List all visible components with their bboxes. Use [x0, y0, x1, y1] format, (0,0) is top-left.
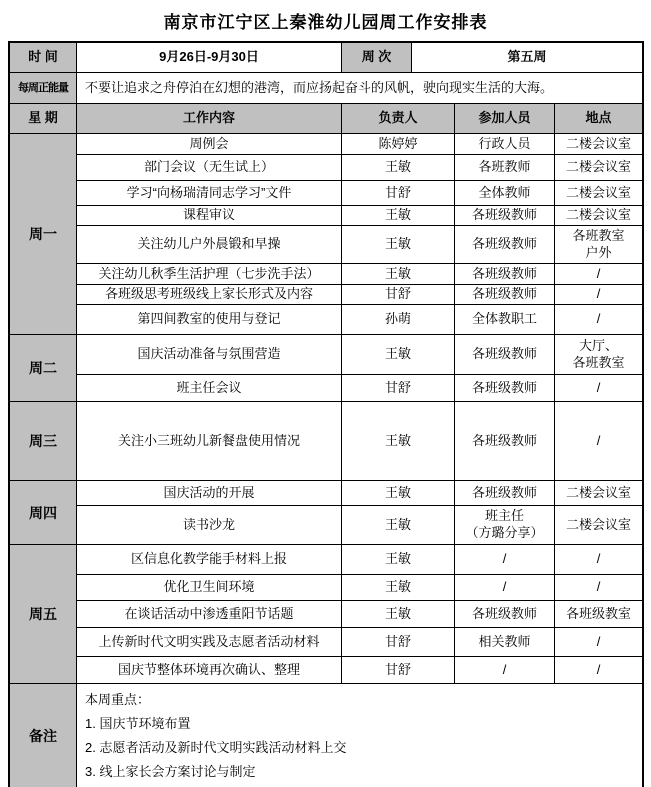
- task-owner-cell: 甘舒: [342, 628, 455, 656]
- task-participants-cell: /: [455, 657, 555, 683]
- task-row: 国庆节整体环境再次确认、整理 甘舒 / /: [77, 657, 642, 683]
- day-label: 周五: [10, 545, 77, 683]
- task-row: 部门会议（无生试上） 王敏 各班教师 二楼会议室: [77, 155, 642, 181]
- task-owner-cell: 王敏: [342, 335, 455, 374]
- task-row: 优化卫生间环境 王敏 / /: [77, 575, 642, 601]
- task-owner-cell: 王敏: [342, 601, 455, 627]
- task-content-cell: 课程审议: [77, 206, 342, 225]
- task-participants-cell: 各班级教师: [455, 335, 555, 374]
- energy-text: 不要让追求之舟停泊在幻想的港湾，而应扬起奋斗的风帆，驶向现实生活的大海。: [77, 73, 642, 103]
- task-owner-cell: 甘舒: [342, 285, 455, 304]
- energy-label: 每周正能量: [10, 73, 77, 103]
- task-participants-cell: 各班教师: [455, 155, 555, 180]
- task-row: 周例会 陈婷婷 行政人员 二楼会议室: [77, 134, 642, 155]
- task-content-cell: 国庆活动准备与氛围营造: [77, 335, 342, 374]
- task-row: 上传新时代文明实践及志愿者活动材料 甘舒 相关教师 /: [77, 628, 642, 657]
- week-label: 周 次: [342, 43, 412, 72]
- task-content-cell: 优化卫生间环境: [77, 575, 342, 600]
- header-content: 工作内容: [77, 104, 342, 133]
- task-participants-cell: 相关教师: [455, 628, 555, 656]
- time-value: 9月26日-9月30日: [77, 43, 342, 72]
- task-content-cell: 国庆节整体环境再次确认、整理: [77, 657, 342, 683]
- document-page: 南京市江宁区上秦淮幼儿园周工作安排表 时 间 9月26日-9月30日 周 次 第…: [0, 0, 651, 787]
- day-rows: 国庆活动的开展 王敏 各班级教师 二楼会议室 读书沙龙 王敏 班主任 （方璐分享…: [77, 481, 642, 544]
- header-location: 地点: [555, 104, 642, 133]
- task-participants-cell: 全体教职工: [455, 305, 555, 334]
- task-row: 读书沙龙 王敏 班主任 （方璐分享） 二楼会议室: [77, 506, 642, 544]
- task-participants-cell: 班主任 （方璐分享）: [455, 506, 555, 544]
- task-participants-cell: /: [455, 575, 555, 600]
- day-section-tuesday: 周二 国庆活动准备与氛围营造 王敏 各班级教师 大厅、 各班教室 班主任会议 甘…: [10, 335, 642, 402]
- task-content-cell: 上传新时代文明实践及志愿者活动材料: [77, 628, 342, 656]
- task-participants-cell: 各班级教师: [455, 226, 555, 263]
- task-participants-cell: 各班级教师: [455, 601, 555, 627]
- note-line: 1. 国庆节环境布置: [85, 715, 634, 733]
- task-location-cell: /: [555, 628, 642, 656]
- task-content-cell: 区信息化教学能手材料上报: [77, 545, 342, 574]
- task-owner-cell: 王敏: [342, 575, 455, 600]
- task-content-cell: 周例会: [77, 134, 342, 154]
- day-rows: 周例会 陈婷婷 行政人员 二楼会议室 部门会议（无生试上） 王敏 各班教师 二楼…: [77, 134, 642, 334]
- notes-body: 本周重点： 1. 国庆节环境布置 2. 志愿者活动及新时代文明实践活动材料上交 …: [77, 684, 642, 787]
- schedule-table: 时 间 9月26日-9月30日 周 次 第五周 每周正能量 不要让追求之舟停泊在…: [8, 41, 644, 787]
- task-participants-cell: /: [455, 545, 555, 574]
- task-location-cell: /: [555, 264, 642, 284]
- task-content-cell: 关注幼儿户外晨锻和早操: [77, 226, 342, 263]
- task-participants-cell: 各班级教师: [455, 206, 555, 225]
- task-location-cell: 二楼会议室: [555, 206, 642, 225]
- column-header-row: 星 期 工作内容 负责人 参加人员 地点: [10, 104, 642, 134]
- task-location-cell: 二楼会议室: [555, 155, 642, 180]
- task-owner-cell: 王敏: [342, 545, 455, 574]
- day-label: 周一: [10, 134, 77, 334]
- day-rows: 区信息化教学能手材料上报 王敏 / / 优化卫生间环境 王敏 / / 在谈话活动…: [77, 545, 642, 683]
- task-content-cell: 关注小三班幼儿新餐盘使用情况: [77, 402, 342, 480]
- task-content-cell: 班主任会议: [77, 375, 342, 401]
- task-location-cell: 大厅、 各班教室: [555, 335, 642, 374]
- task-content-cell: 学习“向杨瑞清同志学习”文件: [77, 181, 342, 205]
- day-label: 周二: [10, 335, 77, 401]
- task-owner-cell: 王敏: [342, 402, 455, 480]
- task-content-cell: 关注幼儿秋季生活护理（七步洗手法）: [77, 264, 342, 284]
- task-location-cell: /: [555, 285, 642, 304]
- task-location-cell: /: [555, 305, 642, 334]
- task-location-cell: 二楼会议室: [555, 481, 642, 505]
- header-day: 星 期: [10, 104, 77, 133]
- task-location-cell: /: [555, 375, 642, 401]
- task-owner-cell: 王敏: [342, 226, 455, 263]
- day-rows: 国庆活动准备与氛围营造 王敏 各班级教师 大厅、 各班教室 班主任会议 甘舒 各…: [77, 335, 642, 401]
- task-owner-cell: 王敏: [342, 506, 455, 544]
- note-line: 2. 志愿者活动及新时代文明实践活动材料上交: [85, 739, 634, 757]
- task-participants-cell: 行政人员: [455, 134, 555, 154]
- day-section-thursday: 周四 国庆活动的开展 王敏 各班级教师 二楼会议室 读书沙龙 王敏 班主任 （方…: [10, 481, 642, 545]
- task-owner-cell: 王敏: [342, 206, 455, 225]
- meta-row: 时 间 9月26日-9月30日 周 次 第五周: [10, 43, 642, 73]
- day-section-monday: 周一 周例会 陈婷婷 行政人员 二楼会议室 部门会议（无生试上） 王敏 各班教师…: [10, 134, 642, 335]
- task-location-cell: /: [555, 545, 642, 574]
- day-section-wednesday: 周三 关注小三班幼儿新餐盘使用情况 王敏 各班级教师 /: [10, 402, 642, 481]
- task-participants-cell: 各班级教师: [455, 264, 555, 284]
- task-participants-cell: 全体教师: [455, 181, 555, 205]
- note-line: 3. 线上家长会方案讨论与制定: [85, 763, 634, 781]
- task-participants-cell: 各班级教师: [455, 375, 555, 401]
- energy-row: 每周正能量 不要让追求之舟停泊在幻想的港湾，而应扬起奋斗的风帆，驶向现实生活的大…: [10, 73, 642, 104]
- day-label: 周四: [10, 481, 77, 544]
- task-content-cell: 在谈话活动中渗透重阳节话题: [77, 601, 342, 627]
- task-row: 班主任会议 甘舒 各班级教师 /: [77, 375, 642, 401]
- notes-label: 备注: [10, 684, 77, 787]
- task-owner-cell: 甘舒: [342, 657, 455, 683]
- task-owner-cell: 孙萌: [342, 305, 455, 334]
- task-owner-cell: 王敏: [342, 481, 455, 505]
- task-row: 课程审议 王敏 各班级教师 二楼会议室: [77, 206, 642, 226]
- task-participants-cell: 各班级教师: [455, 481, 555, 505]
- task-content-cell: 国庆活动的开展: [77, 481, 342, 505]
- task-row: 国庆活动的开展 王敏 各班级教师 二楼会议室: [77, 481, 642, 506]
- task-owner-cell: 甘舒: [342, 181, 455, 205]
- time-label: 时 间: [10, 43, 77, 72]
- header-owner: 负责人: [342, 104, 455, 133]
- day-rows: 关注小三班幼儿新餐盘使用情况 王敏 各班级教师 /: [77, 402, 642, 480]
- task-row: 在谈话活动中渗透重阳节话题 王敏 各班级教师 各班级教室: [77, 601, 642, 628]
- task-row: 国庆活动准备与氛围营造 王敏 各班级教师 大厅、 各班教室: [77, 335, 642, 375]
- task-location-cell: /: [555, 657, 642, 683]
- task-row: 关注小三班幼儿新餐盘使用情况 王敏 各班级教师 /: [77, 402, 642, 480]
- task-owner-cell: 王敏: [342, 155, 455, 180]
- task-location-cell: 二楼会议室: [555, 506, 642, 544]
- task-location-cell: 各班级教室: [555, 601, 642, 627]
- task-participants-cell: 各班级教师: [455, 402, 555, 480]
- task-location-cell: /: [555, 575, 642, 600]
- task-row: 关注幼儿户外晨锻和早操 王敏 各班级教师 各班教室 户外: [77, 226, 642, 264]
- day-section-friday: 周五 区信息化教学能手材料上报 王敏 / / 优化卫生间环境 王敏 / / 在谈…: [10, 545, 642, 684]
- day-label: 周三: [10, 402, 77, 480]
- notes-section: 备注 本周重点： 1. 国庆节环境布置 2. 志愿者活动及新时代文明实践活动材料…: [10, 684, 642, 787]
- task-location-cell: 二楼会议室: [555, 181, 642, 205]
- header-participants: 参加人员: [455, 104, 555, 133]
- task-content-cell: 部门会议（无生试上）: [77, 155, 342, 180]
- task-row: 各班级思考班级线上家长形式及内容 甘舒 各班级教师 /: [77, 285, 642, 305]
- task-participants-cell: 各班级教师: [455, 285, 555, 304]
- task-location-cell: /: [555, 402, 642, 480]
- task-row: 第四间教室的使用与登记 孙萌 全体教职工 /: [77, 305, 642, 334]
- note-line: 本周重点：: [85, 691, 634, 709]
- task-owner-cell: 陈婷婷: [342, 134, 455, 154]
- task-location-cell: 各班教室 户外: [555, 226, 642, 263]
- task-row: 关注幼儿秋季生活护理（七步洗手法） 王敏 各班级教师 /: [77, 264, 642, 285]
- task-owner-cell: 王敏: [342, 264, 455, 284]
- task-row: 区信息化教学能手材料上报 王敏 / /: [77, 545, 642, 575]
- task-content-cell: 读书沙龙: [77, 506, 342, 544]
- task-row: 学习“向杨瑞清同志学习”文件 甘舒 全体教师 二楼会议室: [77, 181, 642, 206]
- task-content-cell: 各班级思考班级线上家长形式及内容: [77, 285, 342, 304]
- task-location-cell: 二楼会议室: [555, 134, 642, 154]
- task-owner-cell: 甘舒: [342, 375, 455, 401]
- page-title: 南京市江宁区上秦淮幼儿园周工作安排表: [0, 0, 651, 41]
- task-content-cell: 第四间教室的使用与登记: [77, 305, 342, 334]
- week-value: 第五周: [412, 43, 642, 72]
